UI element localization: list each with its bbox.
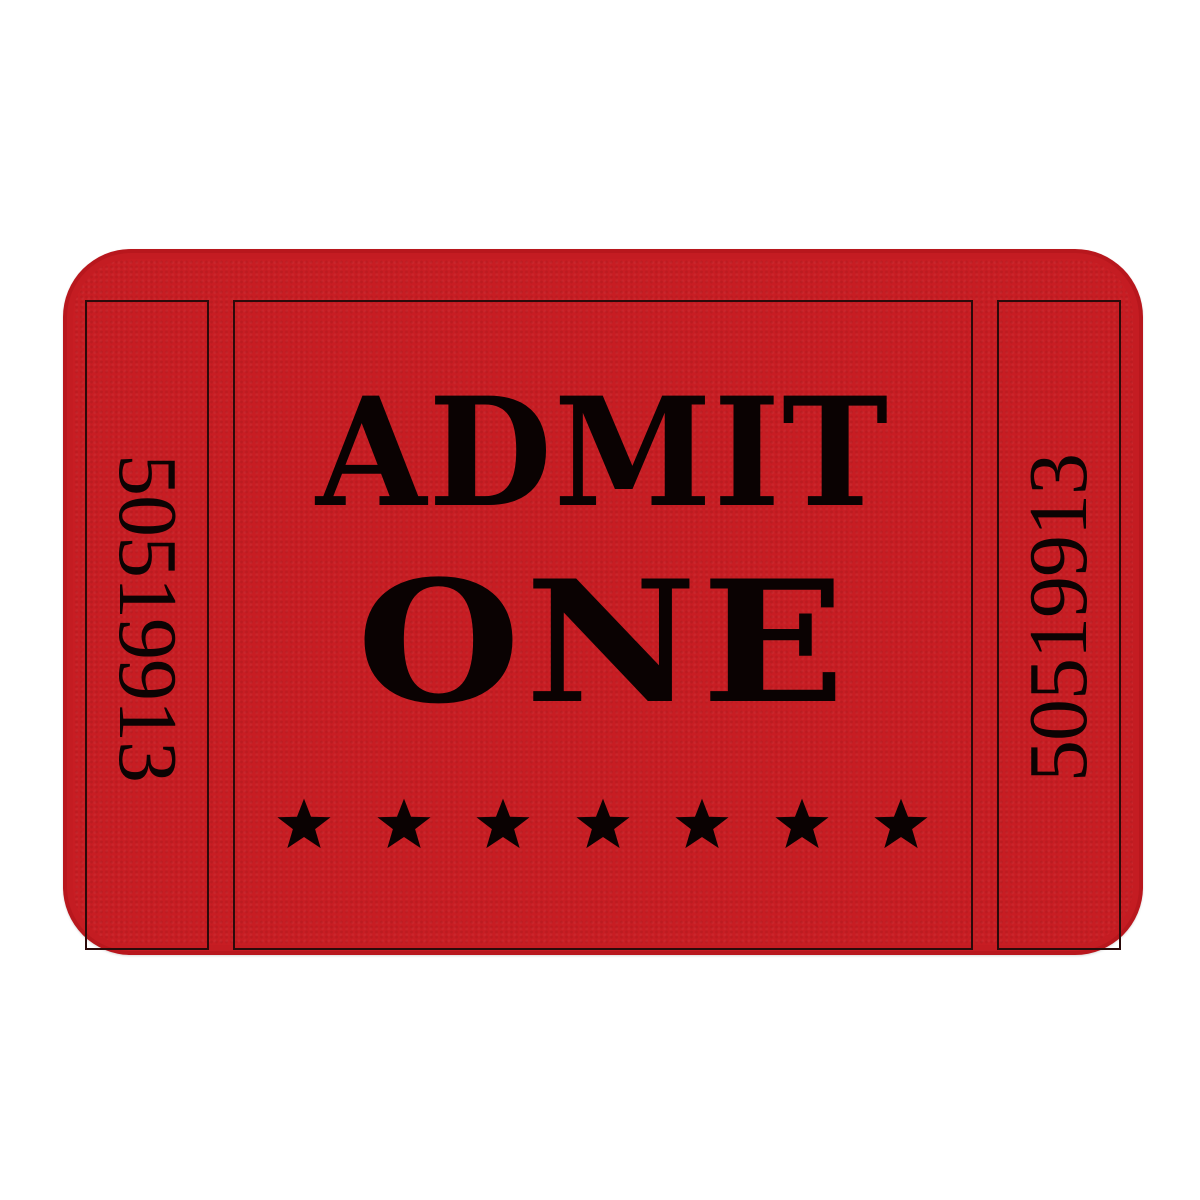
star-icon [375,795,433,853]
star-icon [275,795,333,853]
star-row [275,795,930,853]
star-icon [574,795,632,853]
right-serial-number: 50519913 [1017,454,1101,782]
left-serial-number: 50519913 [105,454,189,782]
headline-one: ONE [189,558,1018,726]
star-icon [474,795,532,853]
star-icon [673,795,731,853]
headline-admit: ADMIT [252,378,955,528]
star-icon [773,795,831,853]
star-icon [872,795,930,853]
